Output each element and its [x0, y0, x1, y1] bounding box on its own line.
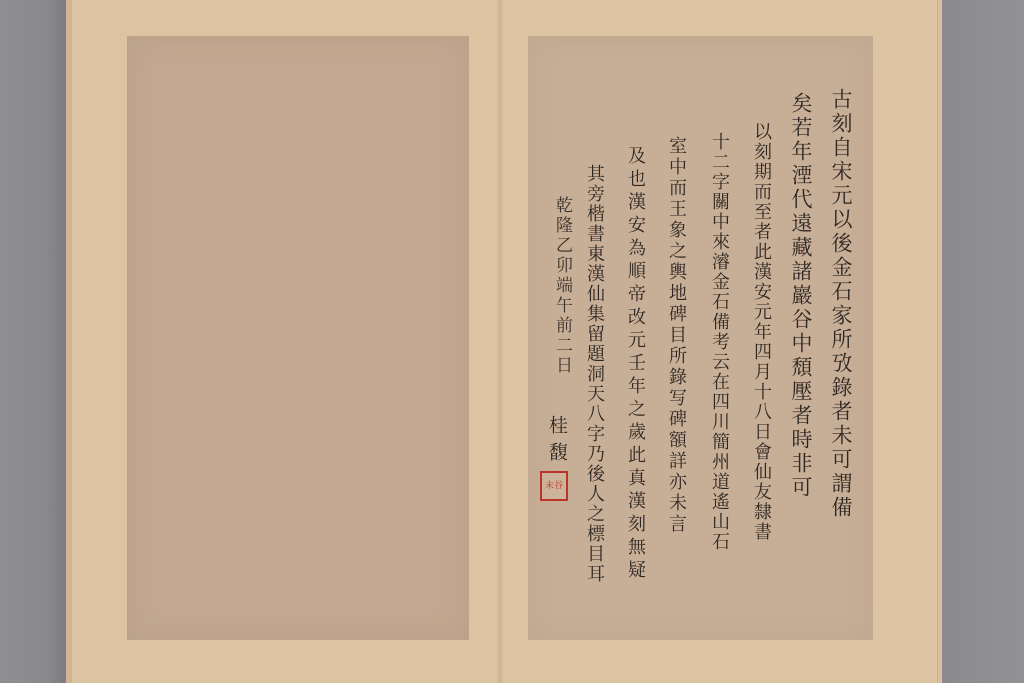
- album-edge-left: [66, 0, 72, 683]
- text-column-5: 室中而王象之輿地碑目所錄写碑額詳亦未言: [667, 136, 685, 535]
- text-column-4: 十二字關中來濬金石備考云在四川簡州道遙山石: [710, 132, 728, 552]
- album-fold: [497, 0, 503, 683]
- red-seal-stamp: 未 谷: [540, 471, 568, 501]
- text-column-7: 其旁楷書東漢仙集留題洞天八字乃後人之標目耳: [585, 164, 603, 584]
- background-right: [942, 0, 1024, 683]
- text-column-3: 以刻期而至者此漢安元年四月十八日會仙友隸書: [752, 122, 770, 542]
- text-column-2: 矣若年湮代遠藏諸巖谷中頹壓者時非可: [790, 92, 811, 500]
- album-spread: 古刻自宋元以後金石家所攷錄者未可謂備 矣若年湮代遠藏諸巖谷中頹壓者時非可 以刻期…: [66, 0, 942, 683]
- text-column-6: 及也漢安為順帝改元壬年之歲此真漢刻無疑: [626, 146, 644, 583]
- seal-glyph: 未: [545, 481, 554, 492]
- text-column-1: 古刻自宋元以後金石家所攷錄者未可謂備: [830, 88, 851, 520]
- background-left: [0, 0, 66, 683]
- seal-glyph: 谷: [554, 481, 563, 492]
- calligraphy-leaf: 古刻自宋元以後金石家所攷錄者未可謂備 矣若年湮代遠藏諸巖谷中頹壓者時非可 以刻期…: [528, 36, 873, 640]
- date-inscription: 乾隆乙卯端午前二日: [553, 196, 570, 376]
- artist-signature: 桂馥: [547, 415, 566, 469]
- album-edge-right: [937, 0, 942, 683]
- blank-leaf: [127, 36, 469, 640]
